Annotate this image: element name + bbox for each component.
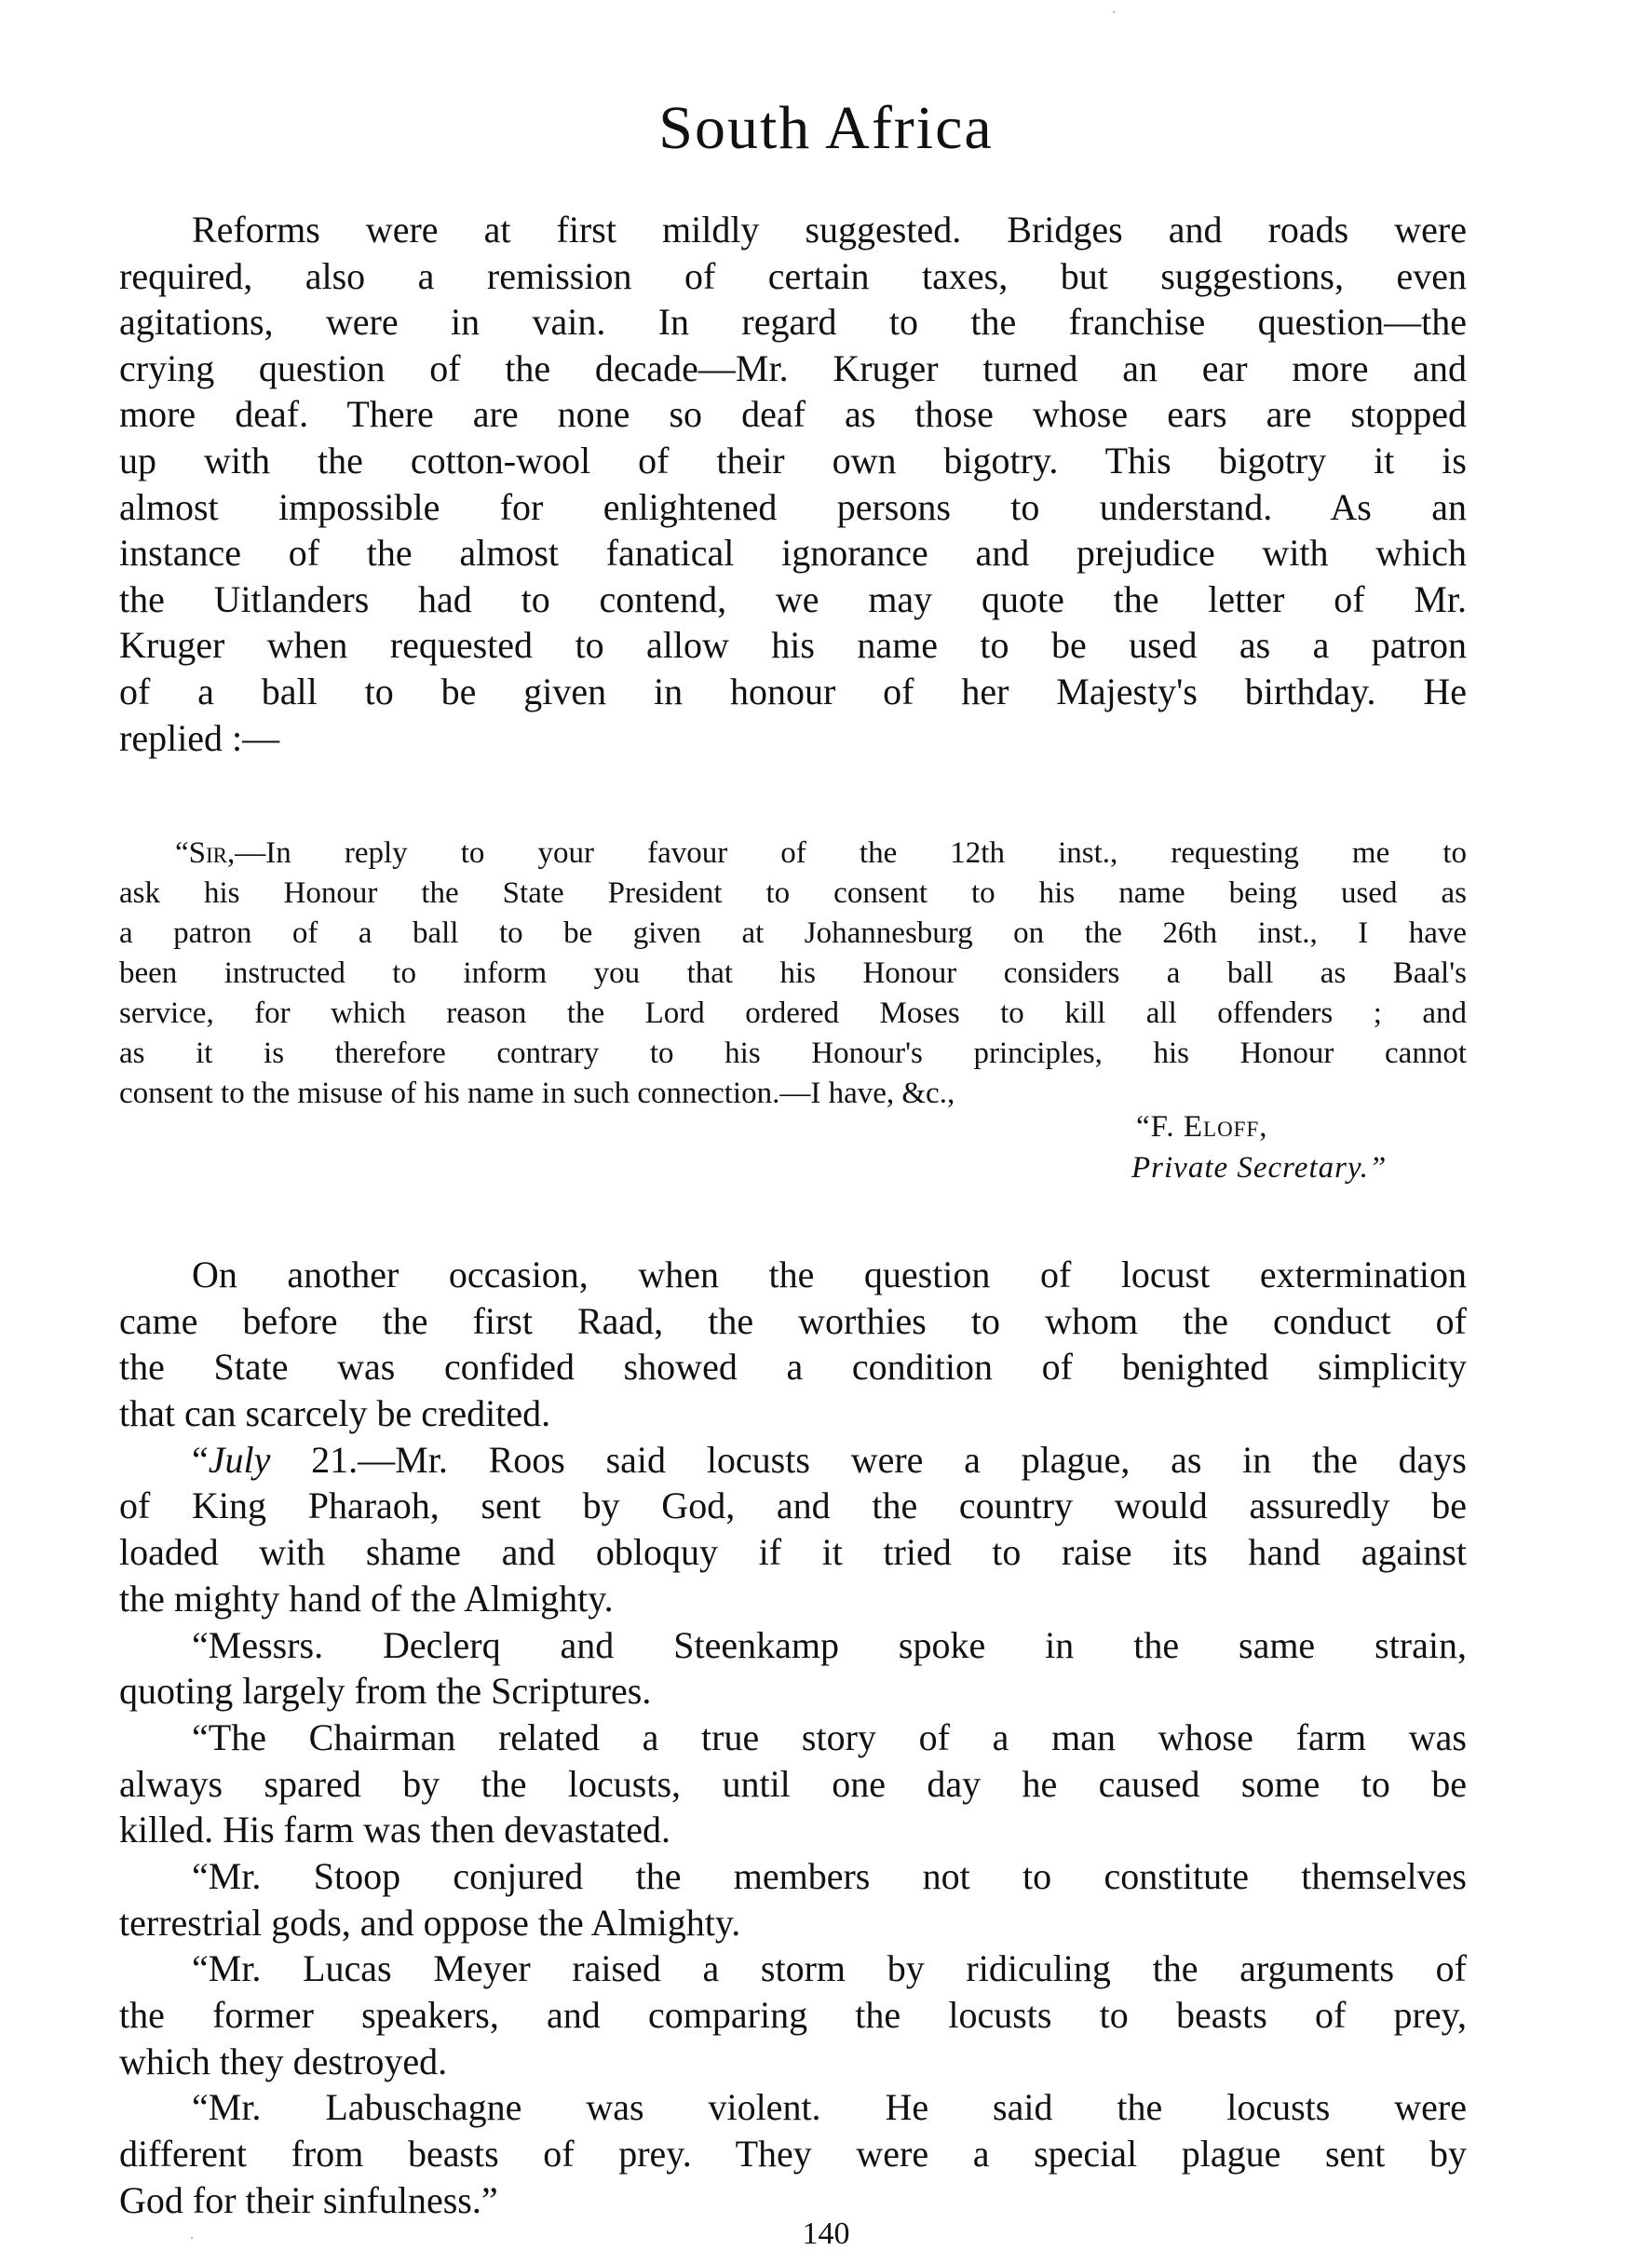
letter-line: “Sir,—In reply to your favour of the 12t…: [119, 834, 1467, 874]
letter-line: service, for which reason the Lord order…: [119, 994, 1467, 1034]
text-line: of a ball to be given in honour of her M…: [119, 669, 1467, 715]
text-line: On another occasion, when the question o…: [119, 1252, 1467, 1298]
text-line: terrestrial gods, and oppose the Almight…: [119, 1900, 1467, 1946]
text-line: crying question of the decade—Mr. Kruger…: [119, 346, 1467, 392]
letter-line: ask his Honour the State President to co…: [119, 874, 1467, 914]
text-line: Reforms were at first mildly suggested. …: [119, 207, 1467, 253]
text-line: agitations, were in vain. In regard to t…: [119, 299, 1467, 346]
text-line: “Mr. Lucas Meyer raised a storm by ridic…: [119, 1945, 1467, 1992]
open-quote: “: [192, 1439, 209, 1481]
signature-name: “F. Eloff,: [1136, 1110, 1268, 1145]
text-line: came before the first Raad, the worthies…: [119, 1298, 1467, 1345]
text-line: required, also a remission of certain ta…: [119, 253, 1467, 300]
text-line: “Mr. Stoop conjured the members not to c…: [119, 1853, 1467, 1900]
letter-salutation: “Sir,: [175, 836, 235, 870]
text-line: that can scarcely be credited.: [119, 1390, 1467, 1437]
scan-speck: [191, 2237, 193, 2239]
text-line: killed. His farm was then devastated.: [119, 1807, 1467, 1853]
text-line: “The Chairman related a true story of a …: [119, 1715, 1467, 1761]
text-line: which they destroyed.: [119, 2039, 1467, 2085]
text-line: Kruger when requested to allow his name …: [119, 622, 1467, 669]
letter-line: as it is therefore contrary to his Honou…: [119, 1034, 1467, 1074]
text-line: instance of the almost fanatical ignoran…: [119, 530, 1467, 576]
text-line: loaded with shame and obloquy if it trie…: [119, 1529, 1467, 1576]
text-line: the State was confided showed a conditio…: [119, 1344, 1467, 1390]
page-title: South Africa: [0, 93, 1652, 164]
text-line: of King Pharaoh, sent by God, and the co…: [119, 1483, 1467, 1529]
text-line: almost impossible for enlightened person…: [119, 484, 1467, 531]
scan-speck: [1113, 11, 1115, 13]
text-line: “Messrs. Declerq and Steenkamp spoke in …: [119, 1622, 1467, 1669]
text-line: up with the cotton-wool of their own big…: [119, 438, 1467, 484]
quoted-letter: “Sir,—In reply to your favour of the 12t…: [119, 834, 1467, 1114]
text-line: quoting largely from the Scriptures.: [119, 1668, 1467, 1715]
text-line: “Mr. Labuschagne was violent. He said th…: [119, 2084, 1467, 2131]
minutes-date: July: [209, 1439, 271, 1481]
text-line: different from beasts of prey. They were…: [119, 2131, 1467, 2177]
letter-line: been instructed to inform you that his H…: [119, 954, 1467, 994]
text-line: the Uitlanders had to contend, we may qu…: [119, 576, 1467, 623]
page-number: 140: [0, 2217, 1652, 2252]
letter-line: a patron of a ball to be given at Johann…: [119, 914, 1467, 954]
text-line: replied :—: [119, 715, 1467, 762]
minutes-text: 21.—Mr. Roos said locusts were a plague,…: [270, 1439, 1467, 1481]
text-line: more deaf. There are none so deaf as tho…: [119, 391, 1467, 438]
letter-line: consent to the misuse of his name in suc…: [119, 1074, 1467, 1114]
text-line: the former speakers, and comparing the l…: [119, 1992, 1467, 2039]
paragraph-reforms: Reforms were at first mildly suggested. …: [119, 207, 1467, 761]
signature-title: Private Secretary.”: [1131, 1151, 1387, 1186]
paragraph-locusts: On another occasion, when the question o…: [119, 1252, 1467, 2223]
text-line: the mighty hand of the Almighty.: [119, 1576, 1467, 1622]
letter-text: —In reply to your favour of the 12th ins…: [235, 836, 1467, 870]
minutes-line: “July 21.—Mr. Roos said locusts were a p…: [119, 1437, 1467, 1484]
text-line: always spared by the locusts, until one …: [119, 1761, 1467, 1808]
